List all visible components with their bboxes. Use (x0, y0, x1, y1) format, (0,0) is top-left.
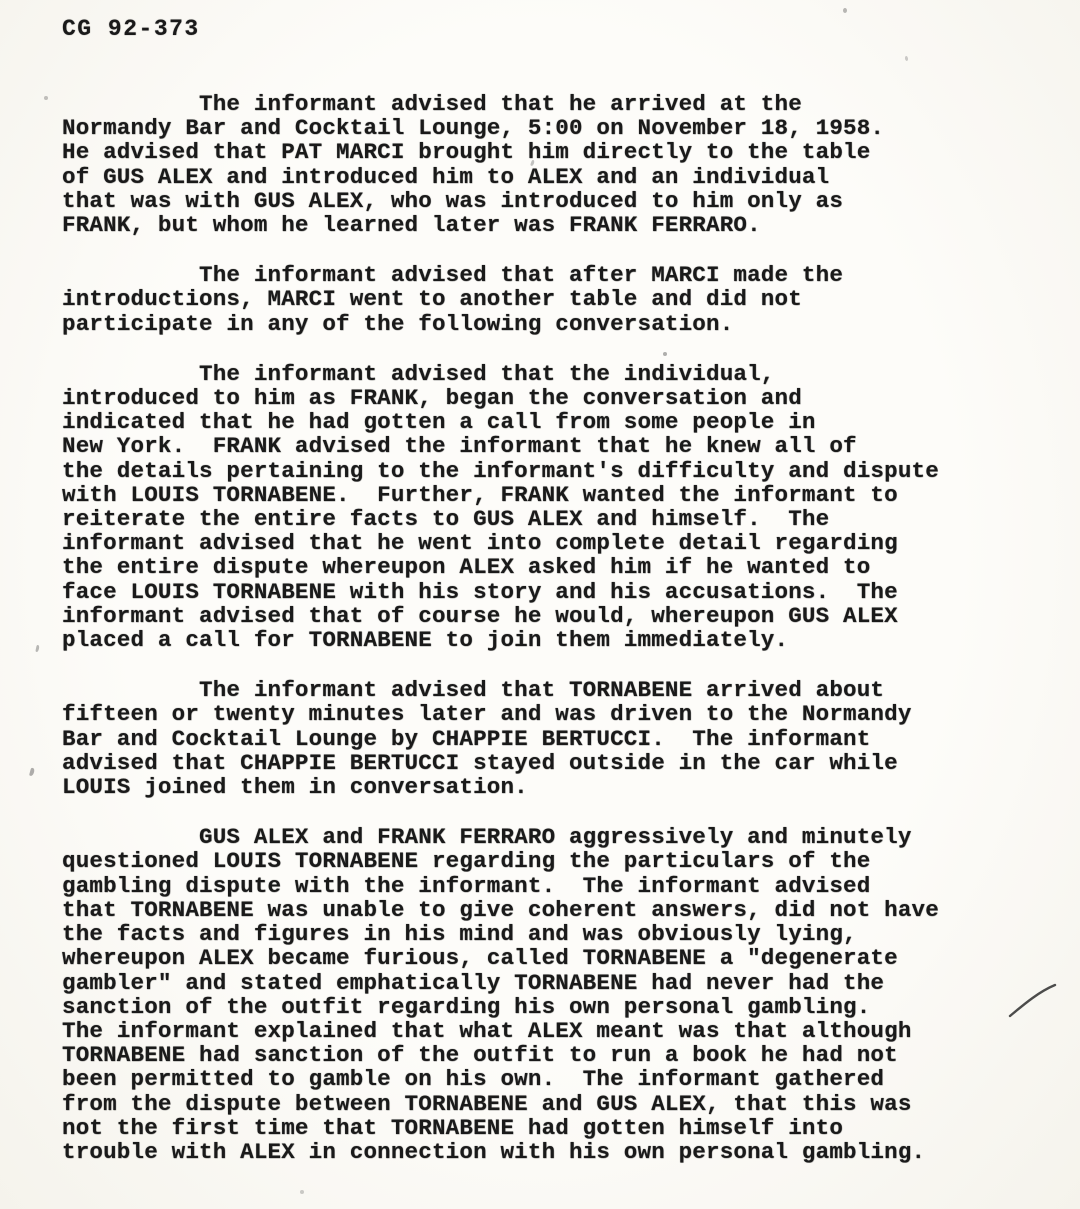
scan-speck-icon (843, 8, 847, 13)
document-page: CG 92-373 The informant advised that he … (0, 0, 1080, 1209)
handwritten-slash-mark (1008, 982, 1058, 1022)
scan-speck-icon (300, 1190, 304, 1194)
scan-speck-icon (44, 96, 48, 100)
scan-speck-icon (29, 768, 35, 777)
paragraph-4: The informant advised that TORNABENE arr… (62, 678, 1040, 799)
paragraph-1: The informant advised that he arrived at… (62, 92, 1040, 237)
scan-speck-icon (905, 56, 909, 61)
scan-speck-icon (35, 645, 39, 652)
scan-speck-icon (663, 352, 667, 356)
paragraph-5: GUS ALEX and FRANK FERRARO aggressively … (62, 825, 1040, 1164)
paragraph-2: The informant advised that after MARCI m… (62, 263, 1040, 336)
file-number-header: CG 92-373 (62, 16, 200, 42)
document-body: The informant advised that he arrived at… (62, 92, 1040, 1190)
paragraph-3: The informant advised that the individua… (62, 362, 1040, 652)
